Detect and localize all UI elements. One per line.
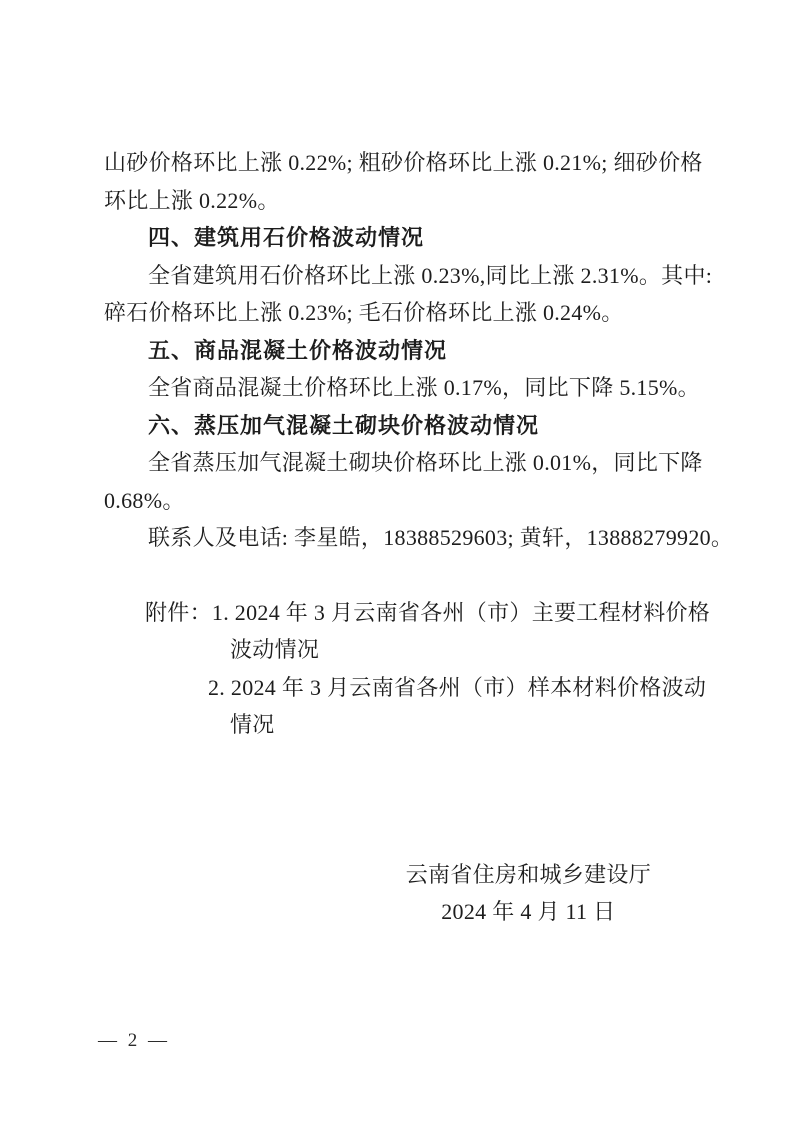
signature-issuer: 云南省住房和城乡建设厅 [406, 856, 651, 894]
attachment-item-1: 附件：1. 2024 年 3 月云南省各州（市）主要工程材料价格 [104, 594, 690, 632]
contact-line: 联系人及电话: 李星皓，18388529603; 黄轩，13888279920。 [104, 519, 690, 557]
body-line-sand-prices-cont: 环比上涨 0.22%。 [104, 182, 690, 220]
section-heading-5-commercial-concrete: 五、商品混凝土价格波动情况 [104, 332, 690, 370]
body-line-commercial-concrete: 全省商品混凝土价格环比上涨 0.17%，同比下降 5.15%。 [104, 369, 690, 407]
signature-date: 2024 年 4 月 11 日 [406, 893, 651, 931]
body-line-building-stone-cont: 碎石价格环比上涨 0.23%; 毛石价格环比上涨 0.24%。 [104, 294, 690, 332]
attachment-item-1-cont: 波动情况 [104, 631, 690, 669]
body-line-sand-prices: 山砂价格环比上涨 0.22%; 粗砂价格环比上涨 0.21%; 细砂价格 [104, 144, 690, 182]
body-line-building-stone: 全省建筑用石价格环比上涨 0.23%,同比上涨 2.31%。其中: [104, 257, 690, 295]
section-heading-6-aerated-concrete-block: 六、蒸压加气混凝土砌块价格波动情况 [104, 407, 690, 445]
attachment-item-2: 2. 2024 年 3 月云南省各州（市）样本材料价格波动 [104, 669, 690, 707]
document-page: { "page": { "background": "#ffffff", "te… [0, 0, 793, 1122]
body-line-aerated-concrete-cont: 0.68%。 [104, 482, 690, 520]
section-heading-4-building-stone: 四、建筑用石价格波动情况 [104, 219, 690, 257]
document-content: 山砂价格环比上涨 0.22%; 粗砂价格环比上涨 0.21%; 细砂价格 环比上… [104, 144, 690, 931]
body-line-aerated-concrete: 全省蒸压加气混凝土砌块价格环比上涨 0.01%，同比下降 [104, 444, 690, 482]
attachments-block: 附件：1. 2024 年 3 月云南省各州（市）主要工程材料价格 波动情况 2.… [104, 594, 690, 744]
signature-block: 云南省住房和城乡建设厅 2024 年 4 月 11 日 [406, 856, 651, 931]
attachment-item-2-cont: 情况 [104, 706, 690, 744]
page-number: — 2 — [98, 1028, 170, 1054]
